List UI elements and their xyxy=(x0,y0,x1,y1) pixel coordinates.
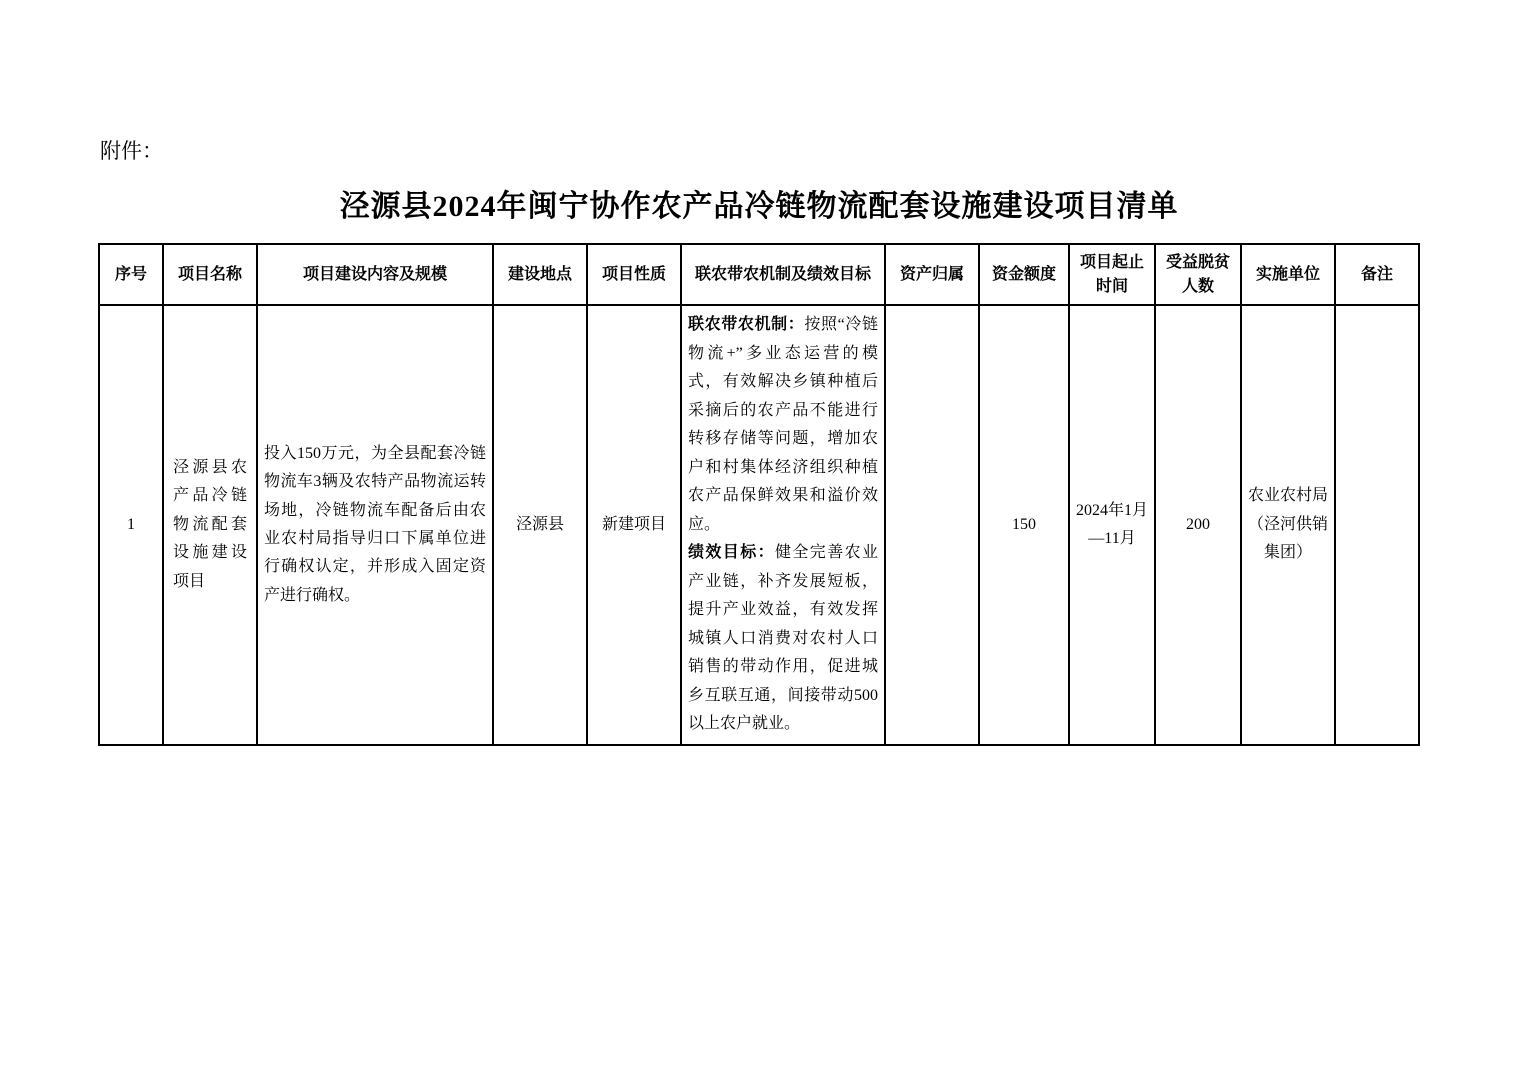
header-project-name: 项目名称 xyxy=(163,244,257,305)
header-asset-ownership: 资产归属 xyxy=(885,244,979,305)
project-table: 序号 项目名称 项目建设内容及规模 建设地点 项目性质 联农带农机制及绩效目标 … xyxy=(98,243,1420,746)
header-funding-amount: 资金额度 xyxy=(979,244,1069,305)
attachment-label: 附件： xyxy=(100,139,163,164)
mechanism-paragraph: 联农带农机制：按照“冷链物流+”多业态运营的模式，有效解决乡镇种植后采摘后的农产… xyxy=(688,311,878,539)
table-header-row: 序号 项目名称 项目建设内容及规模 建设地点 项目性质 联农带农机制及绩效目标 … xyxy=(99,244,1419,305)
performance-paragraph: 绩效目标：健全完善农业产业链，补齐发展短板，提升产业效益，有效发挥城镇人口消费对… xyxy=(688,539,878,738)
cell-project-period: 2024年1月—11月 xyxy=(1069,305,1155,745)
header-construction-content: 项目建设内容及规模 xyxy=(257,244,493,305)
cell-seq: 1 xyxy=(99,305,163,745)
cell-funding-amount: 150 xyxy=(979,305,1069,745)
cell-nature: 新建项目 xyxy=(587,305,681,745)
cell-beneficiaries: 200 xyxy=(1155,305,1241,745)
header-project-period: 项目起止时间 xyxy=(1069,244,1155,305)
mechanism-label: 联农带农机制： xyxy=(688,316,804,333)
header-location: 建设地点 xyxy=(493,244,587,305)
document-page: 附件： 泾源县2024年闽宁协作农产品冷链物流配套设施建设项目清单 序号 项目名… xyxy=(0,0,1519,1075)
performance-text: 健全完善农业产业链，补齐发展短板，提升产业效益，有效发挥城镇人口消费对农村人口销… xyxy=(688,544,878,732)
cell-location: 泾源县 xyxy=(493,305,587,745)
header-beneficiaries: 受益脱贫人数 xyxy=(1155,244,1241,305)
cell-remarks xyxy=(1335,305,1419,745)
page-title: 泾源县2024年闽宁协作农产品冷链物流配套设施建设项目清单 xyxy=(98,189,1420,225)
cell-asset-ownership xyxy=(885,305,979,745)
cell-mechanism: 联农带农机制：按照“冷链物流+”多业态运营的模式，有效解决乡镇种植后采摘后的农产… xyxy=(681,305,885,745)
header-remarks: 备注 xyxy=(1335,244,1419,305)
performance-label: 绩效目标： xyxy=(688,544,775,561)
header-nature: 项目性质 xyxy=(587,244,681,305)
cell-implementing-unit: 农业农村局（泾河供销集团） xyxy=(1241,305,1335,745)
header-mechanism: 联农带农机制及绩效目标 xyxy=(681,244,885,305)
cell-project-name: 泾源县农产品冷链物流配套设施建设项目 xyxy=(163,305,257,745)
header-implementing-unit: 实施单位 xyxy=(1241,244,1335,305)
cell-construction-content: 投入150万元，为全县配套冷链物流车3辆及农特产品物流运转场地，冷链物流车配备后… xyxy=(257,305,493,745)
header-seq: 序号 xyxy=(99,244,163,305)
table-row: 1 泾源县农产品冷链物流配套设施建设项目 投入150万元，为全县配套冷链物流车3… xyxy=(99,305,1419,745)
mechanism-text: 按照“冷链物流+”多业态运营的模式，有效解决乡镇种植后采摘后的农产品不能进行转移… xyxy=(688,316,878,532)
